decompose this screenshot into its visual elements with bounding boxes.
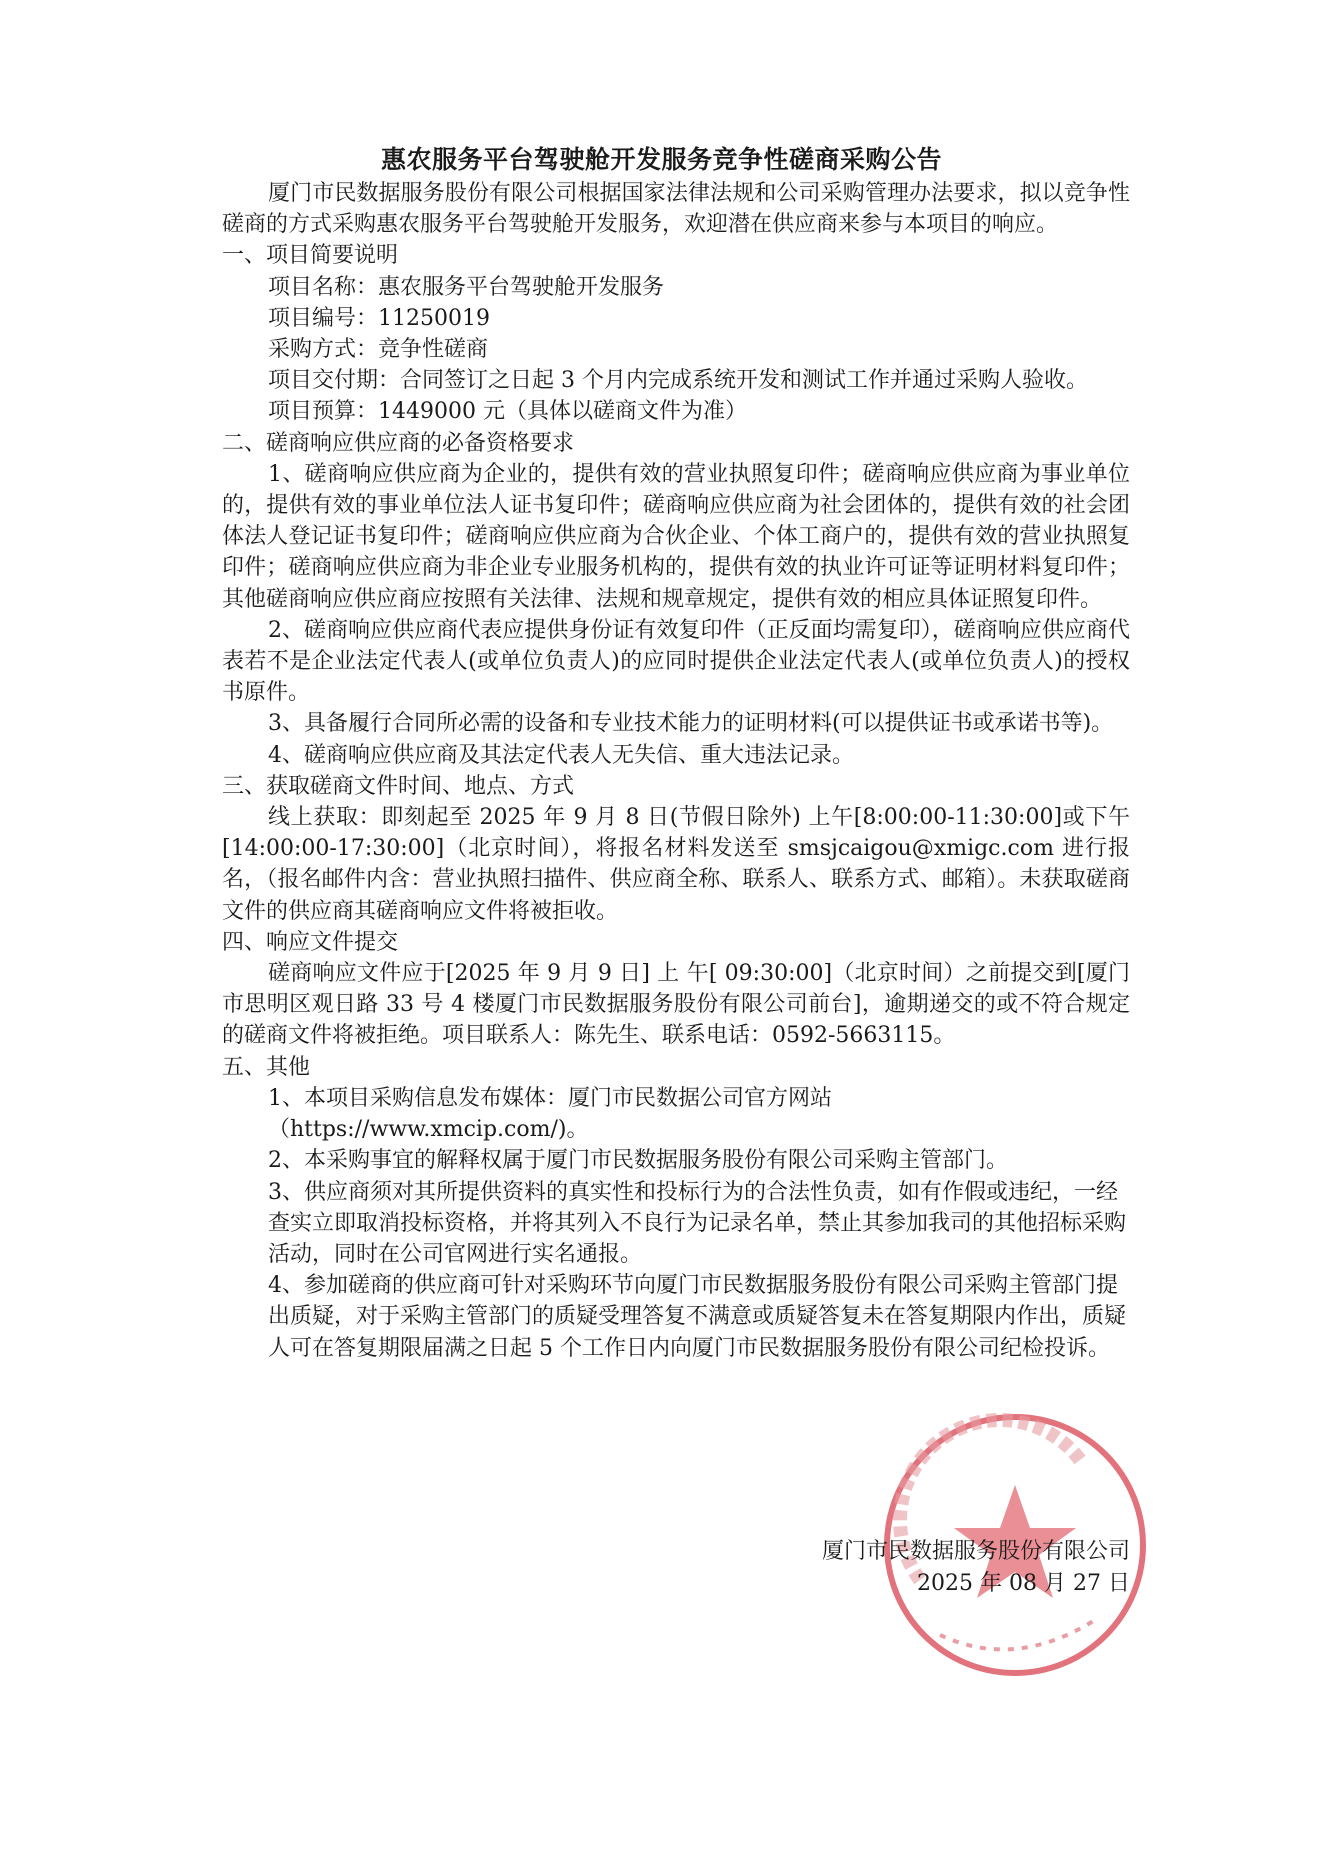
section-heading-4: 四、响应文件提交: [222, 927, 1130, 958]
document-page: 惠农服务平台驾驶舱开发服务竞争性磋商采购公告 厦门市民数据服务股份有限公司根据国…: [0, 0, 1323, 1872]
submission-text: 磋商响应文件应于[2025 年 9 月 9 日] 上 午[ 09:30:00]（…: [222, 958, 1130, 1052]
obtain-documents-text: 线上获取：即刻起至 2025 年 9 月 8 日(节假日除外) 上午[8:00:…: [222, 802, 1130, 927]
requirement-4: 4、磋商响应供应商及其法定代表人无失信、重大违法记录。: [222, 740, 1130, 771]
project-number: 项目编号：11250019: [222, 303, 1130, 334]
project-name: 项目名称：惠农服务平台驾驶舱开发服务: [222, 272, 1130, 303]
project-budget: 项目预算：1449000 元（具体以磋商文件为准）: [222, 396, 1130, 427]
signature-date: 2025 年 08 月 27 日: [822, 1568, 1130, 1600]
other-item-2: 2、本采购事宜的解释权属于厦门市民数据服务股份有限公司采购主管部门。: [222, 1145, 1130, 1176]
document-body: 厦门市民数据服务股份有限公司根据国家法律法规和公司采购管理办法要求，拟以竞争性磋…: [222, 178, 1130, 1364]
procurement-method: 采购方式：竞争性磋商: [222, 334, 1130, 365]
delivery-period: 项目交付期：合同签订之日起 3 个月内完成系统开发和测试工作并通过采购人验收。: [222, 365, 1130, 396]
signature-company: 厦门市民数据服务股份有限公司: [822, 1536, 1130, 1568]
section-heading-3: 三、获取磋商文件时间、地点、方式: [222, 771, 1130, 802]
intro-paragraph: 厦门市民数据服务股份有限公司根据国家法律法规和公司采购管理办法要求，拟以竞争性磋…: [222, 178, 1130, 240]
requirement-1: 1、磋商响应供应商为企业的，提供有效的营业执照复印件；磋商响应供应商为事业单位的…: [222, 459, 1130, 615]
requirement-3: 3、具备履行合同所必需的设备和专业技术能力的证明材料(可以提供证书或承诺书等)。: [222, 708, 1130, 739]
requirement-2: 2、磋商响应供应商代表应提供身份证有效复印件（正反面均需复印），磋商响应供应商代…: [222, 615, 1130, 709]
other-item-1: 1、本项目采购信息发布媒体：厦门市民数据公司官方网站（https://www.x…: [222, 1083, 1130, 1145]
signature-block: 厦门市民数据服务股份有限公司 2025 年 08 月 27 日: [822, 1536, 1130, 1600]
other-item-3: 3、供应商须对其所提供资料的真实性和投标行为的合法性负责，如有作假或违纪，一经查…: [222, 1177, 1130, 1271]
section-heading-2: 二、磋商响应供应商的必备资格要求: [222, 428, 1130, 459]
other-item-4: 4、参加磋商的供应商可针对采购环节向厦门市民数据服务股份有限公司采购主管部门提出…: [222, 1270, 1130, 1364]
document-title: 惠农服务平台驾驶舱开发服务竞争性磋商采购公告: [0, 140, 1323, 176]
section-heading-5: 五、其他: [222, 1052, 1130, 1083]
section-heading-1: 一、项目简要说明: [222, 240, 1130, 271]
